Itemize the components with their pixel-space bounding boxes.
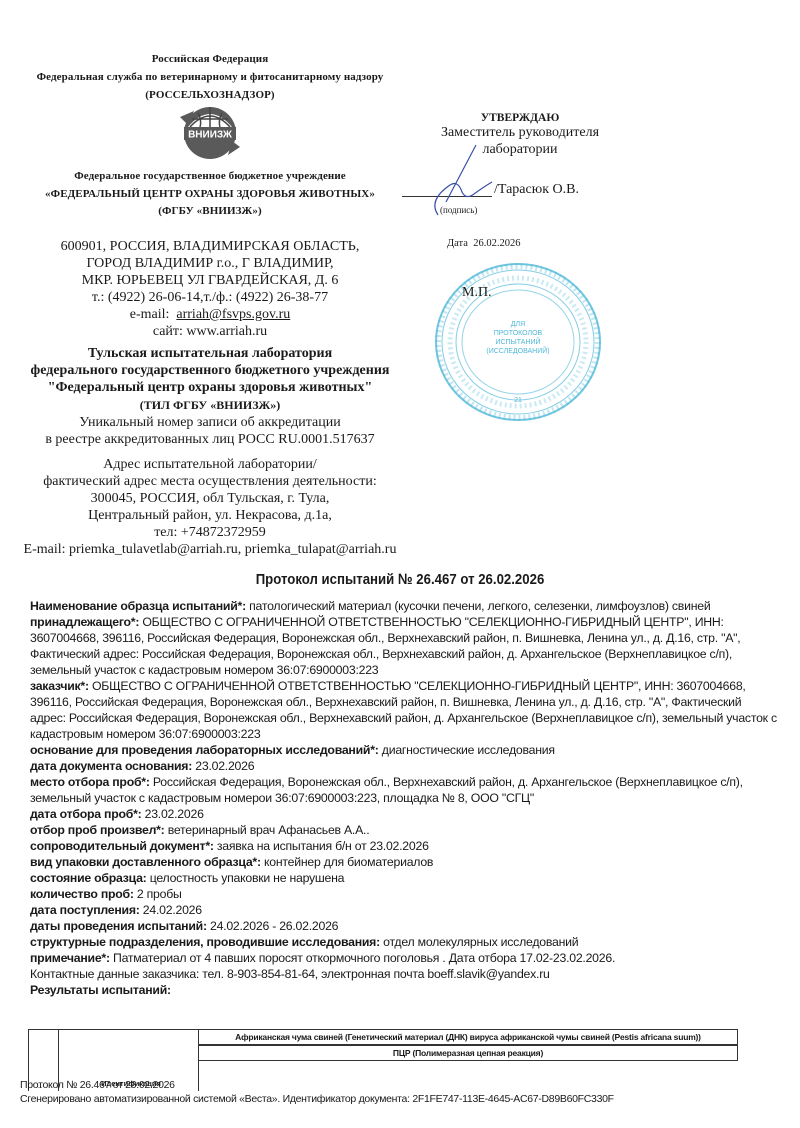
lab-name1: Тульская испытательная лаборатория: [0, 345, 420, 362]
svg-text:ПРОТОКОЛОВ: ПРОТОКОЛОВ: [494, 330, 543, 337]
table-border-top-mid: [58, 1029, 198, 1030]
institution-type: Федеральное государственное бюджетное уч…: [0, 170, 420, 182]
accreditation-line1: Уникальный номер записи об аккредитации: [0, 414, 420, 431]
field-sampling-date: дата отбора проб*: 23.02.2026: [30, 806, 780, 822]
field-test-dates: даты проведения испытаний: 24.02.2026 - …: [30, 918, 780, 934]
footer-protocol-ref: Протокол № 26.467 от 26.02.2026: [20, 1079, 175, 1091]
field-received-date: дата поступления: 24.02.2026: [30, 902, 780, 918]
email-link[interactable]: arriah@fsvps.gov.ru: [176, 307, 290, 322]
field-departments: структурные подразделения, проводившие и…: [30, 934, 780, 950]
agency-short: (РОССЕЛЬХОЗНАДЗОР): [0, 89, 420, 101]
svg-text:(ИССЛЕДОВАНИЙ): (ИССЛЕДОВАНИЙ): [486, 346, 549, 355]
field-cover-document: сопроводительный документ*: заявка на ис…: [30, 838, 780, 854]
lab-address1: 300045, РОССИЯ, обл Тульская, г. Тула,: [0, 490, 420, 507]
address-phone: т.: (4922) 26-06-14,т./ф.: (4922) 26-38-…: [0, 289, 420, 306]
field-customer: заказчик*: ОБЩЕСТВО С ОГРАНИЧЕННОЙ ОТВЕТ…: [30, 678, 780, 742]
protocol-title: Протокол испытаний № 26.467 от 26.02.202…: [48, 571, 752, 588]
address-line3: МКР. ЮРЬЕВЕЦ УЛ ГВАРДЕЙСКАЯ, Д. 6: [0, 272, 420, 289]
table-border-top-left: [28, 1029, 58, 1030]
approval-title: УТВЕРЖДАЮ: [405, 112, 635, 124]
lab-address2: Центральный район, ул. Некрасова, д.1а,: [0, 507, 420, 524]
lab-address-label2: фактический адрес места осуществления де…: [0, 473, 420, 490]
protocol-fields: Наименование образца испытаний*: патолог…: [30, 598, 780, 998]
field-sampling-place: место отбора проб*: Российская Федерация…: [30, 774, 780, 806]
date-label: Дата: [447, 238, 468, 249]
field-sample-condition: состояние образца: целостность упаковки …: [30, 870, 780, 886]
address-email-row: e-mail: arriah@fsvps.gov.ru: [0, 306, 420, 323]
lab-emails: E-mail: priemka_tulavetlab@arriah.ru, pr…: [0, 541, 420, 558]
date-value: 26.02.2026: [473, 238, 520, 249]
table-header-disease: Африканская чума свиней (Генетический ма…: [198, 1029, 738, 1045]
agency-heading: Федеральная служба по ветеринарному и фи…: [0, 71, 420, 83]
table-header-method: ПЦР (Полимеразная цепная реакция): [198, 1045, 738, 1061]
approval-date: Дата 26.02.2026: [447, 238, 520, 249]
results-heading: Результаты испытаний:: [30, 982, 780, 998]
field-basis-date: дата документа основания: 23.02.2026: [30, 758, 780, 774]
field-sample-name: Наименование образца испытаний*: патолог…: [30, 598, 780, 614]
vniizzh-logo: ВНИИЗЖ: [178, 103, 242, 163]
field-packaging: вид упаковки доставленного образца*: кон…: [30, 854, 780, 870]
lab-address-label1: Адрес испытательной лаборатории/: [0, 456, 420, 473]
lab-phone: тел: +74872372959: [0, 524, 420, 541]
institution-short: (ФГБУ «ВНИИЗЖ»): [0, 205, 420, 217]
signer-name: /Тарасюк О.В.: [494, 182, 579, 198]
approval-role-line1: Заместитель руководителя: [405, 124, 635, 141]
footer-generated-note: Сгенерировано автоматизированной системо…: [20, 1093, 614, 1105]
field-basis: основание для проведения лабораторных ис…: [30, 742, 780, 758]
address-line2: ГОРОД ВЛАДИМИР г.о., Г ВЛАДИМИР,: [0, 255, 420, 272]
lab-name2: федерального государственного бюджетного…: [0, 362, 420, 379]
svg-text:ИСПЫТАНИЙ: ИСПЫТАНИЙ: [495, 337, 540, 346]
globe-logo-icon: ВНИИЗЖ: [178, 103, 242, 163]
signature-caption: (подпись): [440, 205, 477, 215]
field-sampled-by: отбор проб произвел*: ветеринарный врач …: [30, 822, 780, 838]
field-owner: принадлежащего*: ОБЩЕСТВО С ОГРАНИЧЕННОЙ…: [30, 614, 780, 678]
email-label: e-mail:: [130, 307, 170, 322]
field-sample-count: количество проб: 2 пробы: [30, 886, 780, 902]
svg-text:ВНИИЗЖ: ВНИИЗЖ: [188, 130, 233, 141]
stamp-place-label: М.П.: [462, 285, 492, 301]
field-note: примечание*: Патматериал от 4 павших пор…: [30, 950, 780, 966]
address-line1: 600901, РОССИЯ, ВЛАДИМИРСКАЯ ОБЛАСТЬ,: [0, 238, 420, 255]
accreditation-line2: в реестре аккредитованных лиц РОСС RU.00…: [0, 431, 420, 448]
lab-short-name: (ТИЛ ФГБУ «ВНИИЗЖ»): [0, 397, 420, 414]
address-site: сайт: www.arriah.ru: [0, 323, 420, 340]
institution-name: «ФЕДЕРАЛЬНЫЙ ЦЕНТР ОХРАНЫ ЗДОРОВЬЯ ЖИВОТ…: [0, 188, 420, 200]
official-stamp-icon: ДЛЯ ПРОТОКОЛОВ ИСПЫТАНИЙ (ИССЛЕДОВАНИЙ) …: [418, 256, 618, 428]
svg-text:21: 21: [514, 397, 522, 404]
country-heading: Российская Федерация: [0, 53, 420, 65]
lab-name3: "Федеральный центр охраны здоровья живот…: [0, 379, 420, 396]
svg-text:ДЛЯ: ДЛЯ: [511, 321, 525, 328]
field-contacts: Контактные данные заказчика: тел. 8-903-…: [30, 966, 780, 982]
